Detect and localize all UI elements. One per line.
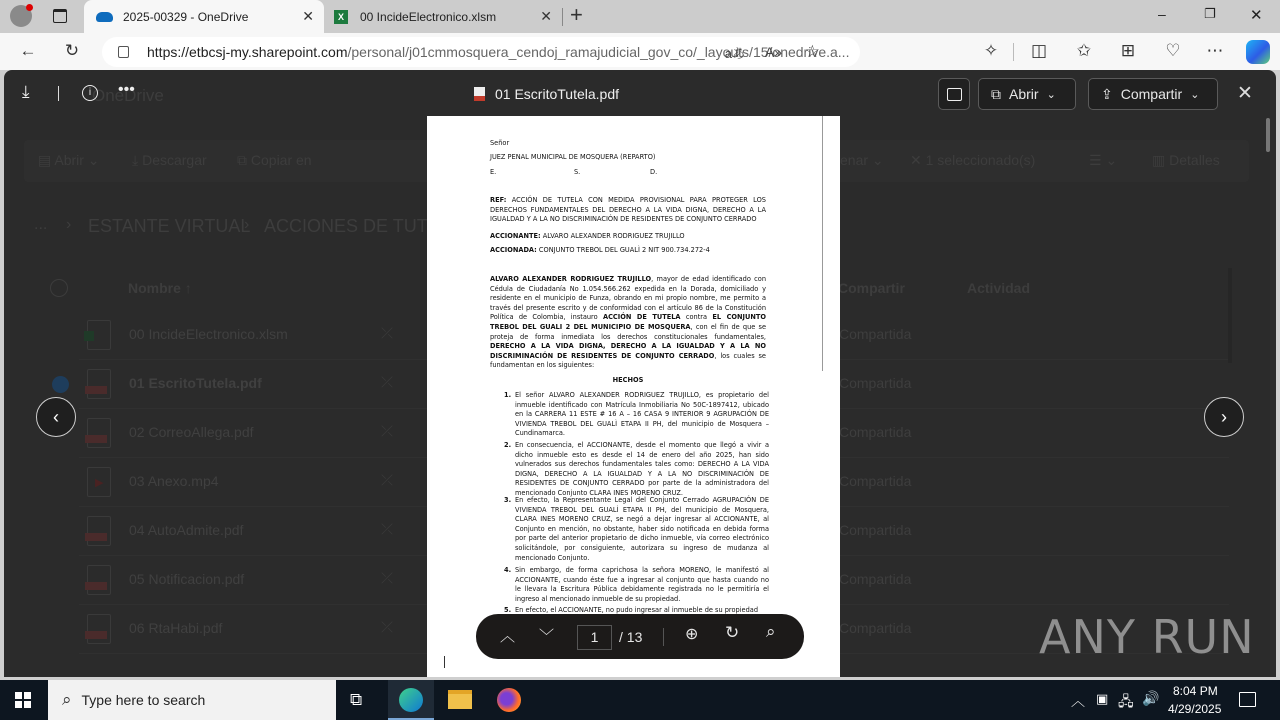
back-arrow-icon[interactable]: ← xyxy=(17,41,39,61)
windows-taskbar: ⌕ Type here to search ⧉ ︿ ▣ 🖧 🔊 8:04 PM … xyxy=(0,680,1280,720)
minimize-button[interactable]: – xyxy=(1158,6,1166,22)
doc-salutation: Señor xyxy=(490,139,766,149)
doc-hecho-item: 1.El señor ALVARO ALEXANDER RODRIGUEZ TR… xyxy=(515,391,769,439)
extensions-icon[interactable]: ✧ xyxy=(980,41,1002,61)
breadcrumb-estante: ESTANTE VIRTUAL xyxy=(88,216,250,237)
select-all-circle xyxy=(50,279,68,297)
doc-ref: REF: ACCIÓN DE TUTELA CON MEDIDA PROVISI… xyxy=(490,196,766,225)
volume-icon[interactable]: 🔊 xyxy=(1142,690,1159,707)
file-name: 01 EscritoTutela.pdf xyxy=(129,375,262,391)
pin-icon: ⤫ xyxy=(381,619,393,636)
tab-title: 2025-00329 - OneDrive xyxy=(123,10,248,24)
toolbar-divider xyxy=(1013,43,1014,61)
info-icon[interactable]: i xyxy=(82,85,98,101)
anyrun-watermark: ANY RUN xyxy=(1039,610,1255,664)
sharing-status: Compartida xyxy=(839,522,911,538)
pdf-file-icon xyxy=(87,369,111,399)
file-explorer-icon[interactable] xyxy=(448,690,472,709)
rotate-icon[interactable]: ↻ xyxy=(725,623,739,643)
page-margin-line xyxy=(822,116,823,371)
notification-center-icon[interactable] xyxy=(1239,692,1256,707)
breadcrumb-sep: › xyxy=(244,216,249,234)
page-scrollbar xyxy=(1266,118,1270,152)
browser-toolbar: ← ↻ https://etbcsj-my.sharepoint.com/per… xyxy=(0,33,1280,70)
pin-icon: ⤫ xyxy=(381,374,393,391)
pin-icon: ⤫ xyxy=(381,472,393,489)
comments-button[interactable] xyxy=(938,78,970,110)
pdf-file-icon xyxy=(87,565,111,595)
breadcrumb-ellipsis: ... xyxy=(34,216,47,234)
sharing-status: Compartida xyxy=(839,620,911,636)
previous-page-icon[interactable]: ︿ xyxy=(500,625,515,646)
favorite-star-icon[interactable]: ☆ xyxy=(805,42,820,62)
pin-icon: ⤫ xyxy=(381,423,393,440)
close-viewer-icon[interactable]: ✕ xyxy=(1237,82,1253,105)
share-icon: ⇪ xyxy=(1101,86,1113,103)
excel-file-icon xyxy=(87,320,111,350)
breadcrumb-sep: › xyxy=(66,216,71,234)
split-screen-icon[interactable]: ◫ xyxy=(1028,41,1050,61)
profile-notification-dot xyxy=(26,4,33,11)
share-label: Compartir xyxy=(1121,86,1182,102)
tab-divider xyxy=(562,8,563,26)
browser-tab-strip: 2025-00329 - OneDrive ✕ X 00 IncideElect… xyxy=(0,0,1280,33)
taskbar-search[interactable]: ⌕ Type here to search xyxy=(48,680,336,720)
show-hidden-icons[interactable]: ︿ xyxy=(1071,691,1085,711)
meet-now-icon[interactable]: ▣ xyxy=(1096,691,1108,707)
download-icon[interactable]: ⤓ xyxy=(22,82,30,102)
refresh-icon[interactable]: ↻ xyxy=(61,41,83,61)
pdf-file-icon xyxy=(474,87,485,101)
translate-icon[interactable]: aあ xyxy=(725,43,745,62)
comment-icon xyxy=(947,88,962,101)
pin-icon: ⤫ xyxy=(381,325,393,342)
download-command: ⤓ Descargar xyxy=(132,152,207,169)
share-button[interactable]: ⇪ Compartir ⌄ xyxy=(1088,78,1218,110)
pdf-page: Señor JUEZ PENAL MUNICIPAL DE MOSQUERA (… xyxy=(427,116,840,677)
copilot-icon[interactable] xyxy=(1246,40,1270,64)
windows-start-icon[interactable] xyxy=(15,692,31,708)
lock-icon xyxy=(118,46,129,58)
firefox-icon[interactable] xyxy=(497,688,521,712)
copy-to-command: ⧉ Copiar en xyxy=(237,152,312,169)
doc-intro: ALVARO ALEXANDER RODRIGUEZ TRUJILLO, may… xyxy=(490,275,766,371)
view-options: ☰ ⌄ xyxy=(1089,152,1117,169)
page-total: / 13 xyxy=(619,629,642,645)
favorites-icon[interactable]: ✩ xyxy=(1073,41,1095,61)
doc-hecho-item: 4.Sin embargo, de forma caprichosa la se… xyxy=(515,566,769,604)
doc-addressee: JUEZ PENAL MUNICIPAL DE MOSQUERA (REPART… xyxy=(490,153,766,163)
search-icon: ⌕ xyxy=(62,690,72,710)
doc-hecho-item: 2.En consecuencia, el ACCIONANTE, desde … xyxy=(515,441,769,499)
tab-close-icon[interactable]: ✕ xyxy=(540,8,552,25)
sharing-status: Compartida xyxy=(839,424,911,440)
page-bottom-mark xyxy=(444,656,445,668)
file-name: 04 AutoAdmite.pdf xyxy=(129,522,243,538)
open-external-icon: ⧉ xyxy=(991,86,1001,103)
page-viewport: OneDrive ▤ Abrir ⌄ ⤓ Descargar ⧉ Copiar … xyxy=(4,70,1276,677)
pin-icon: ⤫ xyxy=(381,570,393,587)
pin-icon: ⤫ xyxy=(381,521,393,538)
toolbar-divider xyxy=(663,628,664,646)
viewer-file-name: 01 EscritoTutela.pdf xyxy=(495,86,619,102)
network-icon[interactable]: 🖧 xyxy=(1118,691,1134,715)
excel-icon: X xyxy=(334,10,348,24)
doc-hecho-item: 3.En efecto, la Representante Legal del … xyxy=(515,496,769,563)
chevron-down-icon: ⌄ xyxy=(1047,88,1056,101)
onedrive-cloud-icon xyxy=(96,12,113,22)
pdf-toolbar: ︿ ﹀ 1 / 13 ⊕ ↻ ⌕ xyxy=(476,614,804,659)
selected-checkmark-icon xyxy=(52,376,69,393)
file-name: 03 Anexo.mp4 xyxy=(129,473,219,489)
more-options-icon[interactable]: ••• xyxy=(118,81,135,99)
url-host: https://etbcsj-my.sharepoint.com xyxy=(147,44,347,60)
next-file-button[interactable]: › xyxy=(1204,397,1244,437)
column-activity: Actividad xyxy=(967,280,1030,296)
pdf-file-icon xyxy=(87,516,111,546)
selected-count: ✕ 1 seleccionado(s) xyxy=(910,152,1035,169)
open-command: ▤ Abrir ⌄ xyxy=(38,152,100,169)
edge-taskbar-icon[interactable] xyxy=(388,680,434,720)
address-bar[interactable]: https://etbcsj-my.sharepoint.com/persona… xyxy=(102,37,860,67)
column-sharing: Compartir xyxy=(838,280,905,296)
file-name: 06 RtaHabi.pdf xyxy=(129,620,222,636)
pdf-file-icon xyxy=(87,614,111,644)
new-tab-button[interactable]: + xyxy=(570,2,583,28)
file-name: 05 Notificacion.pdf xyxy=(129,571,244,587)
tab-title: 00 IncideElectronico.xlsm xyxy=(360,10,496,24)
clock-date[interactable]: 4/29/2025 xyxy=(1168,702,1221,716)
chevron-down-icon: ⌄ xyxy=(1190,88,1199,101)
viewer-file-title: 01 EscritoTutela.pdf xyxy=(474,86,619,102)
previous-file-button[interactable]: ‹ xyxy=(36,397,76,437)
pdf-file-icon xyxy=(87,418,111,448)
open-button[interactable]: ⧉ Abrir ⌄ xyxy=(978,78,1076,110)
zoom-in-icon[interactable]: ⊕ xyxy=(685,624,698,644)
details-command: ▥ Detalles xyxy=(1152,152,1220,169)
sharing-status: Compartida xyxy=(839,375,911,391)
doc-accionada: ACCIONADA: CONJUNTO TREBOL DEL GUALÌ 2 N… xyxy=(490,246,766,256)
restore-button[interactable]: ❐ xyxy=(1204,6,1216,22)
tab-onedrive[interactable]: 2025-00329 - OneDrive ✕ xyxy=(84,0,324,33)
file-name: 02 CorreoAllega.pdf xyxy=(129,424,254,440)
organize-command: enar ⌄ xyxy=(840,152,884,169)
sharing-status: Compartida xyxy=(839,473,911,489)
page-number-input[interactable]: 1 xyxy=(577,625,612,650)
video-file-icon: ▶ xyxy=(87,467,111,497)
list-scrollbar xyxy=(1228,268,1232,363)
sharing-status: Compartida xyxy=(839,571,911,587)
read-aloud-icon[interactable]: A» xyxy=(765,44,782,60)
doc-accionante: ACCIONANTE: ALVARO ALEXANDER RODRIGUEZ T… xyxy=(490,232,766,242)
collections-icon[interactable]: ⊞ xyxy=(1117,41,1139,61)
more-menu-icon[interactable]: ⋯ xyxy=(1204,41,1226,61)
column-name: Nombre ↑ xyxy=(128,280,192,296)
tab-close-icon[interactable]: ✕ xyxy=(302,8,314,25)
file-name: 00 IncideElectronico.xlsm xyxy=(129,326,288,342)
next-page-icon[interactable]: ﹀ xyxy=(539,625,554,646)
close-window-button[interactable]: ✕ xyxy=(1250,6,1263,24)
taskbar-search-placeholder: Type here to search xyxy=(82,692,206,708)
tab-excel[interactable]: X 00 IncideElectronico.xlsm ✕ xyxy=(326,0,562,33)
browser-essentials-icon[interactable]: ♡ xyxy=(1162,41,1184,61)
sharing-status: Compartida xyxy=(839,326,911,342)
doc-hechos-title: HECHOS xyxy=(490,376,766,386)
header-divider xyxy=(58,86,59,101)
open-label: Abrir xyxy=(1009,86,1039,102)
task-view-icon[interactable]: ⧉ xyxy=(350,690,362,710)
clock-time[interactable]: 8:04 PM xyxy=(1173,684,1218,698)
search-icon[interactable]: ⌕ xyxy=(766,622,776,642)
tab-actions-icon[interactable] xyxy=(53,9,67,23)
